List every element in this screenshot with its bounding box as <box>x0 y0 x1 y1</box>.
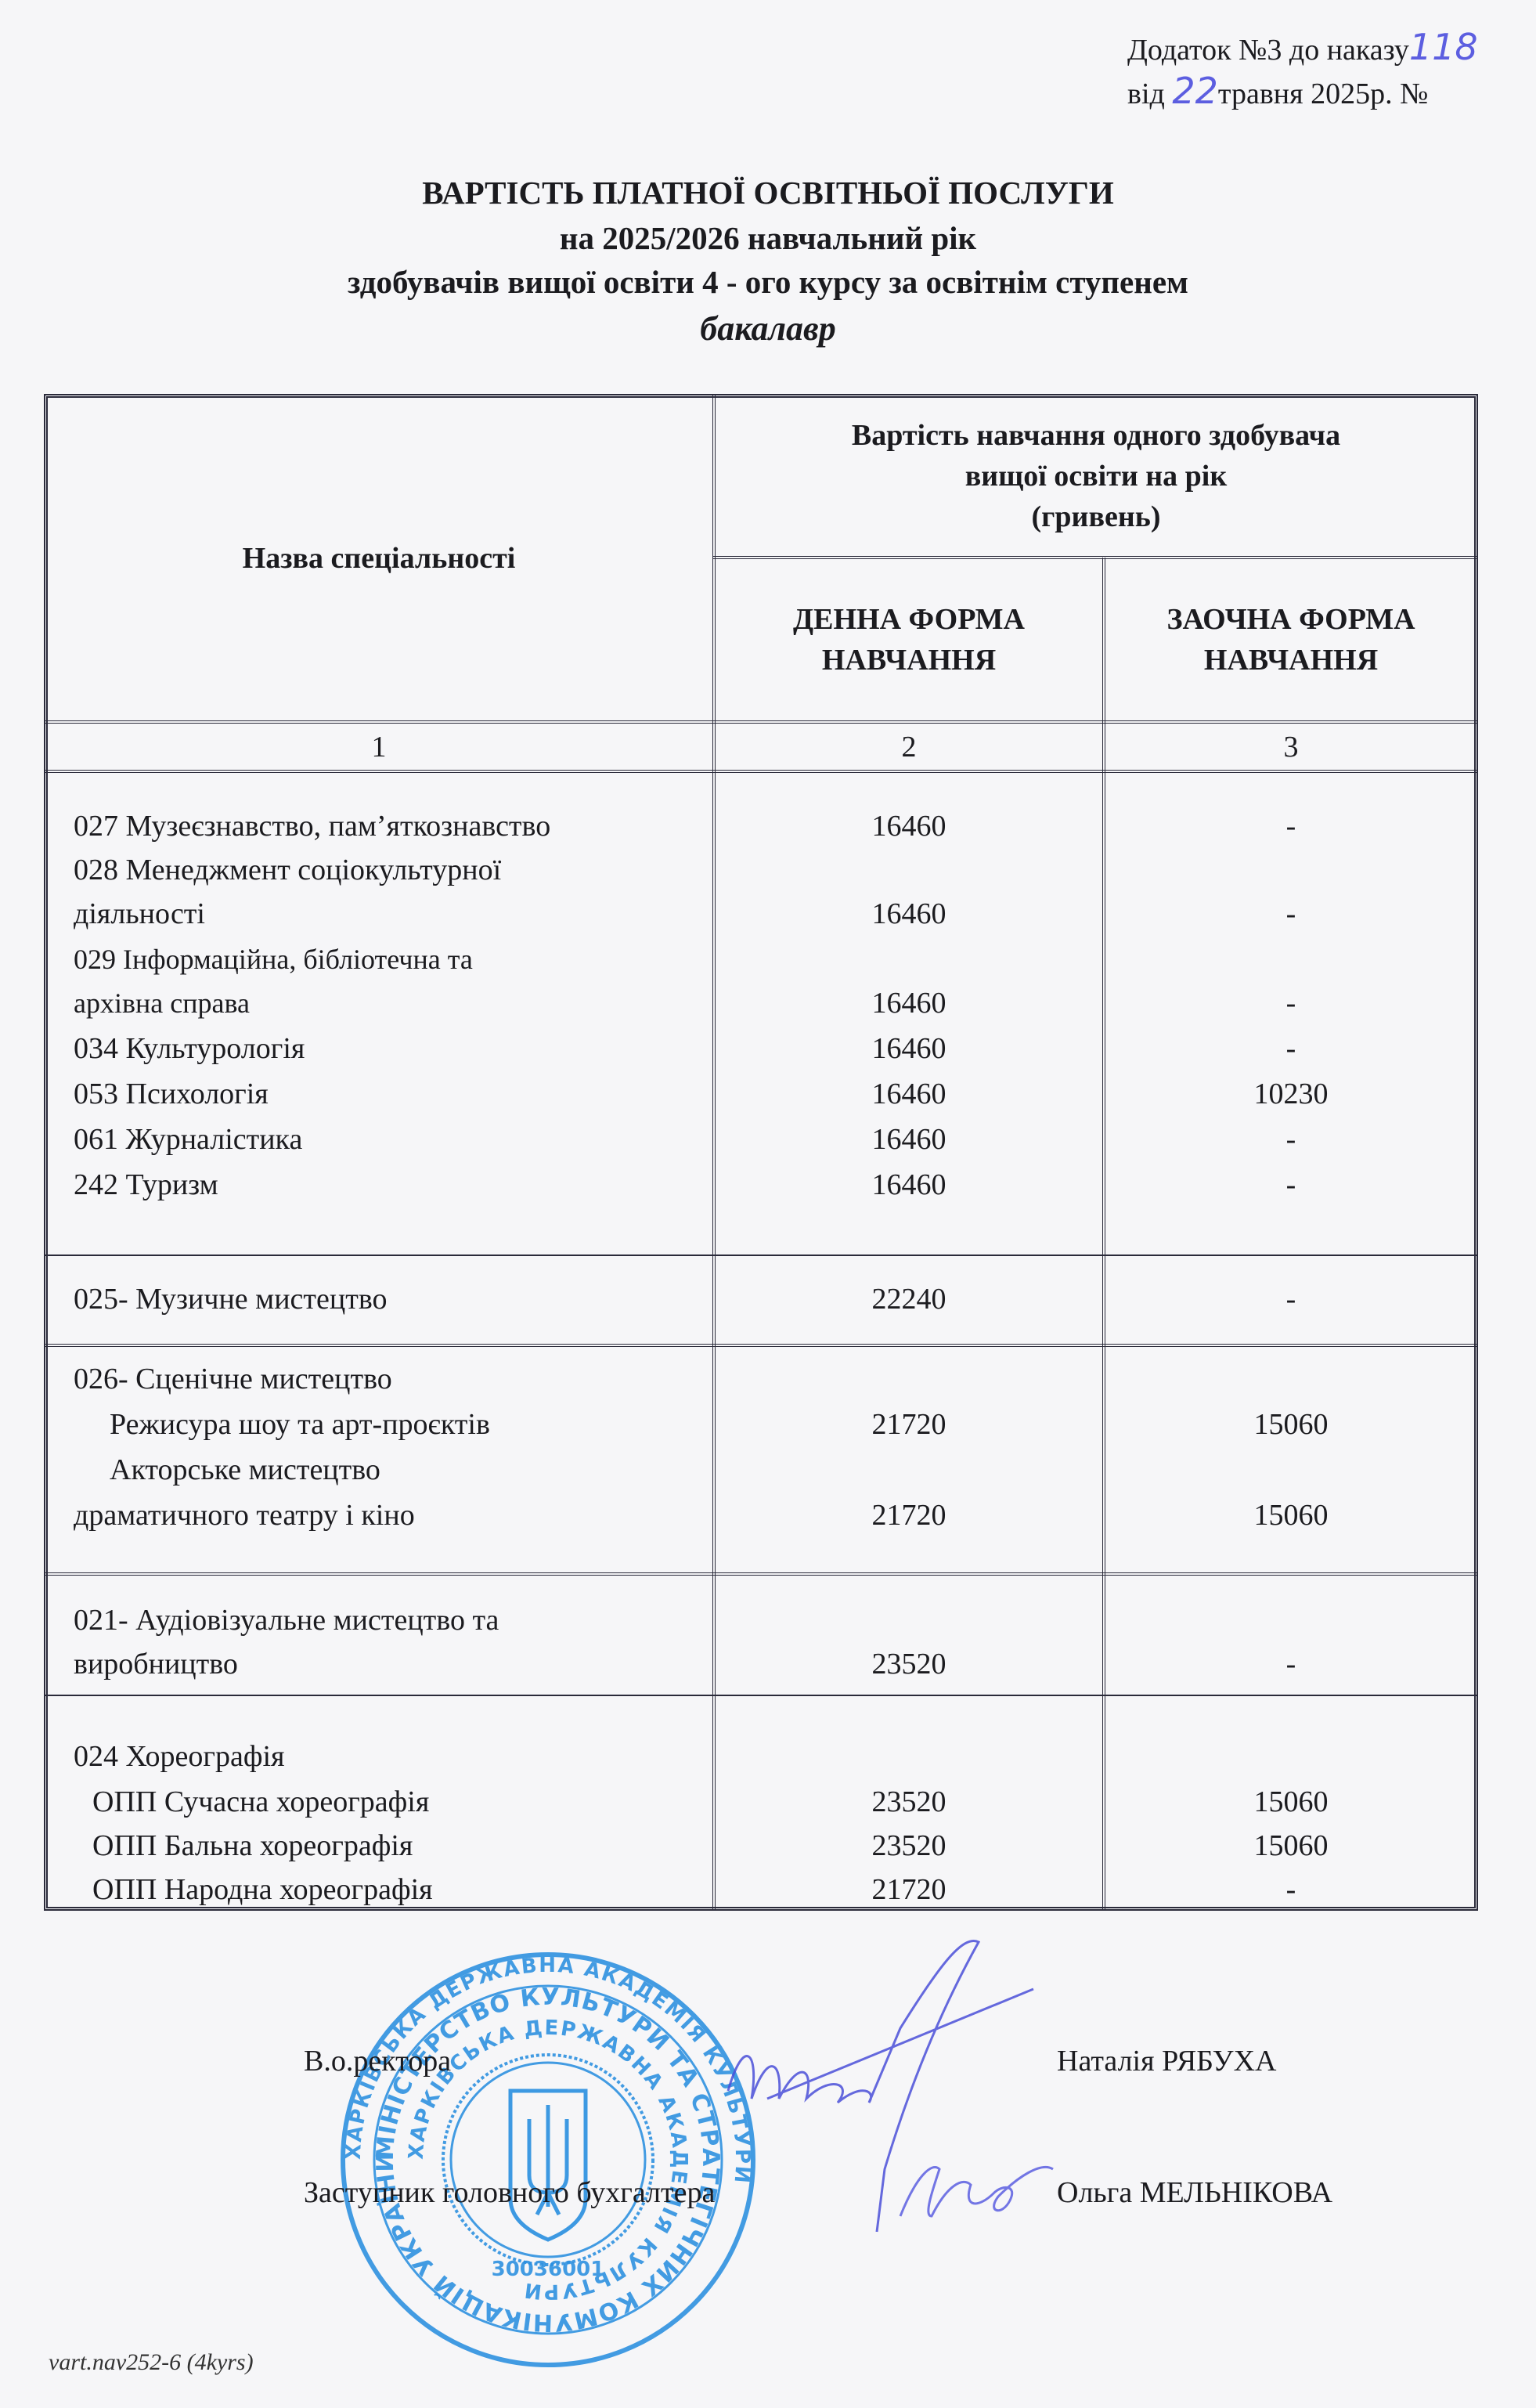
part-time-cost: 15060 <box>1104 1823 1478 1868</box>
full-time-cost: 16460 <box>714 980 1104 1026</box>
table-row: 028 Менеджмент соціокультурної <box>74 847 501 893</box>
part-time-cost: - <box>1104 1026 1478 1071</box>
table-row-cont: діяльності <box>74 891 205 937</box>
part-time-cost: 15060 <box>1104 1402 1478 1447</box>
part-time-cost: - <box>1104 980 1478 1026</box>
header-part-time: ЗАОЧНА ФОРМА НАВЧАННЯ <box>1105 559 1477 720</box>
part-time-cost: - <box>1104 803 1478 849</box>
part-time-cost: - <box>1104 1162 1478 1208</box>
table-row: 027 Музеєзнавство, пам’яткознавство <box>74 803 550 849</box>
header-cost-group: Вартість навчання одного здобувача вищої… <box>716 395 1477 556</box>
full-time-cost: 23520 <box>714 1779 1104 1825</box>
doc-subtitle-year: на 2025/2026 навчальний рік <box>0 219 1536 257</box>
annex-line1: Додаток №3 до наказу <box>1127 34 1409 67</box>
part-time-cost: - <box>1104 891 1478 937</box>
full-time-cost: 16460 <box>714 1071 1104 1117</box>
group-title: 024 Хореографія <box>74 1734 285 1779</box>
table-row-cont: архівна справа <box>74 980 250 1026</box>
official-stamp-icon: ХАРКІВСЬКА ДЕРЖАВНА АКАДЕМІЯ КУЛЬТУРИ МІ… <box>337 1948 759 2371</box>
doc-subtitle-audience: здобувачів вищої освіти 4 - ого курсу за… <box>0 263 1536 301</box>
table-row: 053 Психологія <box>74 1071 269 1117</box>
order-number-handwritten: 118 <box>1409 26 1478 68</box>
full-time-cost: 23520 <box>714 1641 1104 1687</box>
table-row: 029 Інформаційна, бібліотечна та <box>74 937 473 982</box>
full-time-cost: 16460 <box>714 803 1104 849</box>
part-time-cost: - <box>1104 1641 1478 1687</box>
group-title: 026- Сценічне мистецтво <box>74 1356 392 1402</box>
doc-subtitle-degree: бакалавр <box>0 310 1536 348</box>
full-time-cost: 22240 <box>714 1276 1104 1322</box>
full-time-cost: 21720 <box>714 1493 1104 1538</box>
table-row: 061 Журналістика <box>74 1117 302 1162</box>
table-row: ОПП Сучасна хореографія <box>74 1779 429 1825</box>
table-row: ОПП Народна хореографія <box>74 1867 433 1912</box>
full-time-cost: 21720 <box>714 1867 1104 1912</box>
table-row-cont: виробництво <box>74 1641 238 1687</box>
part-time-cost: - <box>1104 1117 1478 1162</box>
table-row: 025- Музичне мистецтво <box>74 1276 388 1322</box>
annex-header: Додаток №3 до наказу118 від 22травня 202… <box>1127 27 1478 114</box>
footer-file-code: vart.nav252-6 (4kyrs) <box>49 2349 254 2376</box>
doc-title: ВАРТІСТЬ ПЛАТНОЇ ОСВІТНЬОЇ ПОСЛУГИ <box>0 174 1536 211</box>
accountant-title: Заступник головного бухгалтера <box>304 2174 715 2211</box>
day-handwritten: 22 <box>1172 70 1218 112</box>
column-number-3: 3 <box>1105 724 1477 770</box>
accountant-signature-icon <box>885 2130 1065 2240</box>
table-row: 242 Туризм <box>74 1162 218 1208</box>
annex-date: травня 2025р. № <box>1218 78 1428 110</box>
full-time-cost: 16460 <box>714 1162 1104 1208</box>
header-specialty: Назва спеціальності <box>45 395 712 720</box>
accountant-name: Ольга МЕЛЬНІКОВА <box>1057 2174 1332 2211</box>
table-row: 034 Культурологія <box>74 1026 305 1071</box>
rector-title: В.о.ректора <box>304 2042 451 2080</box>
full-time-cost: 16460 <box>714 891 1104 937</box>
table-row: Акторське мистецтво <box>74 1447 380 1493</box>
full-time-cost: 21720 <box>714 1402 1104 1447</box>
column-number-2: 2 <box>716 724 1102 770</box>
part-time-cost: - <box>1104 1276 1478 1322</box>
rector-name: Наталія РЯБУХА <box>1057 2042 1276 2080</box>
table-row: 021- Аудіовізуальне мистецтво та <box>74 1598 499 1643</box>
full-time-cost: 16460 <box>714 1026 1104 1071</box>
part-time-cost: 15060 <box>1104 1779 1478 1825</box>
part-time-cost: 15060 <box>1104 1493 1478 1538</box>
full-time-cost: 23520 <box>714 1823 1104 1868</box>
column-number-1: 1 <box>45 724 712 770</box>
table-row-cont: драматичного театру і кіно <box>74 1493 415 1538</box>
annex-from: від <box>1127 78 1165 110</box>
svg-text:30036001: 30036001 <box>492 2258 605 2281</box>
table-row: ОПП Бальна хореографія <box>74 1823 413 1868</box>
full-time-cost: 16460 <box>714 1117 1104 1162</box>
header-full-time: ДЕННА ФОРМА НАВЧАННЯ <box>716 559 1102 720</box>
part-time-cost: 10230 <box>1104 1071 1478 1117</box>
table-row: Режисура шоу та арт-проєктів <box>74 1402 490 1447</box>
part-time-cost: - <box>1104 1867 1478 1912</box>
